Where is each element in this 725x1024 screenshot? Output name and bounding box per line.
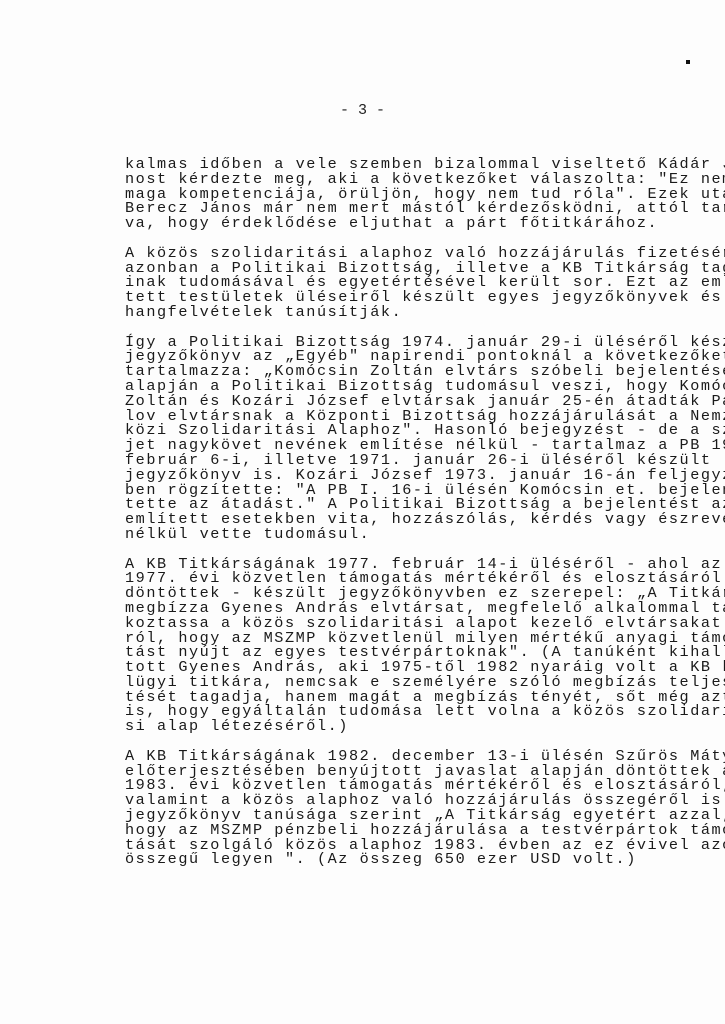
- document-body: kalmas időben a vele szemben bizalommal …: [125, 157, 671, 882]
- text-line: hangfelvételek tanúsítják.: [125, 305, 671, 320]
- text-line: nélkül vette tudomásul.: [125, 527, 671, 542]
- text-line: si alap létezéséről.): [125, 719, 671, 734]
- paragraph: A KB Titkárságának 1982. december 13-i ü…: [125, 749, 671, 867]
- paragraph: Így a Politikai Bizottság 1974. január 2…: [125, 335, 671, 542]
- paragraph: kalmas időben a vele szemben bizalommal …: [125, 157, 671, 231]
- scan-speck: [686, 60, 690, 64]
- text-line: va, hogy érdeklődése eljuthat a párt főt…: [125, 216, 671, 231]
- text-line: összegű legyen ". (Az összeg 650 ezer US…: [125, 852, 671, 867]
- paragraph: A közös szolidaritási alaphoz való hozzá…: [125, 246, 671, 320]
- page-number: - 3 -: [0, 102, 725, 119]
- paragraph: A KB Titkárságának 1977. február 14-i ül…: [125, 557, 671, 735]
